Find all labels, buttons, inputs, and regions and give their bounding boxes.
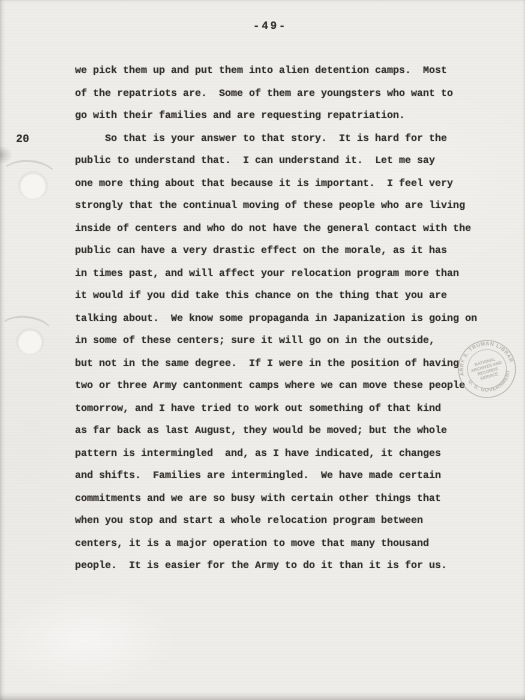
typewritten-line: and shifts. Families are intermingled. W… (75, 466, 495, 489)
typewritten-line: two or three Army cantonment camps where… (75, 376, 495, 399)
typewritten-line: pattern is intermingled and, as I have i… (75, 444, 495, 467)
typewritten-line: go with their families and are requestin… (75, 106, 495, 129)
typewritten-line: public to understand that. I can underst… (75, 151, 495, 174)
typewritten-line: when you stop and start a whole relocati… (75, 511, 495, 534)
typewritten-line: tomorrow, and I have tried to work out s… (75, 399, 495, 422)
typewritten-line: as far back as last August, they would b… (75, 421, 495, 444)
typewritten-line: inside of centers and who do not have th… (75, 219, 495, 242)
typewritten-line: one more thing about that because it is … (75, 174, 495, 197)
scanned-document-page: -49- 20 we pick them up and put them int… (0, 0, 525, 700)
typewritten-line: talking about. We know some propaganda i… (75, 309, 495, 332)
typewritten-line: centers, it is a major operation to move… (75, 534, 495, 557)
typewritten-line: strongly that the continual moving of th… (75, 196, 495, 219)
typewritten-line: in some of these centers; sure it will g… (75, 331, 495, 354)
typewritten-line: we pick them up and put them into alien … (75, 61, 495, 84)
typewritten-line: people. It is easier for the Army to do … (75, 556, 495, 579)
hole-punch-mark (18, 170, 48, 200)
typewritten-line: commitments and we are so busy with cert… (75, 489, 495, 512)
typewritten-line: but not in the same degree. If I were in… (75, 354, 495, 377)
page-number: -49- (253, 20, 287, 34)
typewritten-line: in times past, and will affect your relo… (75, 264, 495, 287)
margin-line-number: 20 (16, 133, 29, 147)
typewritten-line: public can have a very drastic effect on… (75, 241, 495, 264)
typewritten-line: it would if you did take this chance on … (75, 286, 495, 309)
typewritten-text-block: we pick them up and put them into alien … (75, 61, 495, 579)
paper-smudge (0, 146, 12, 164)
typewritten-line: So that is your answer to that story. It… (75, 129, 495, 152)
hole-punch-mark (16, 327, 44, 355)
typewritten-line: of the repatriots are. Some of them are … (75, 84, 495, 107)
